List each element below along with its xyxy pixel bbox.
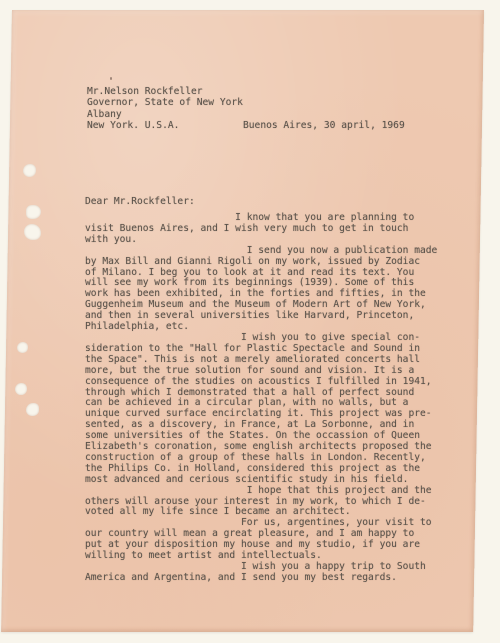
recipient-address: Mr.Nelson Rockfeller Governor, State of … — [87, 86, 243, 131]
scanned-letter: Mr.Nelson Rockfeller Governor, State of … — [0, 0, 500, 643]
letter-body: I know that you are planning to visit Bu… — [85, 213, 437, 584]
dateline: Buenos Aires, 30 april, 1969 — [243, 120, 405, 131]
salutation: Dear Mr.Rockfeller: — [85, 196, 195, 207]
letter-text: Mr.Nelson Rockfeller Governor, State of … — [0, 0, 500, 643]
